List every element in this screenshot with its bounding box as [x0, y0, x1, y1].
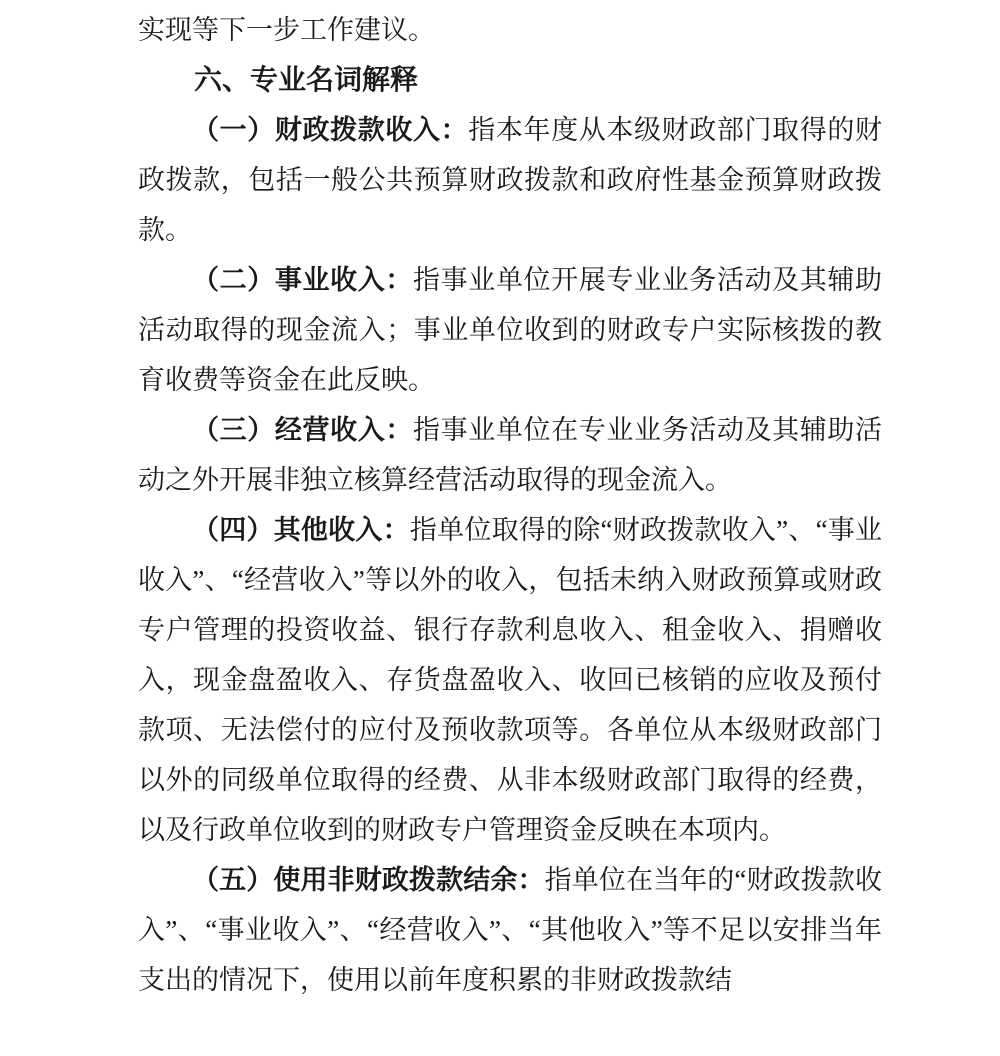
- definition-paragraph-non-fiscal-balance: （五）使用非财政拨款结余：指单位在当年的“财政拨款收入”、“事业收入”、“经营收…: [138, 855, 882, 1005]
- term-label: （一）财政拨款收入：: [192, 115, 468, 145]
- document-page: 实现等下一步工作建议。 六、专业名词解释 （一）财政拨款收入：指本年度从本级财政…: [0, 0, 1000, 1056]
- term-label: （二）事业收入：: [192, 265, 413, 295]
- term-label: （五）使用非财政拨款结余：: [192, 865, 545, 895]
- term-label: （四）其他收入：: [192, 515, 410, 545]
- section-heading: 六、专业名词解释: [138, 55, 882, 105]
- document-content: 实现等下一步工作建议。 六、专业名词解释 （一）财政拨款收入：指本年度从本级财政…: [0, 0, 1000, 1005]
- definition-paragraph-operating-income: （二）事业收入：指事业单位开展专业业务活动及其辅助活动取得的现金流入；事业单位收…: [138, 255, 882, 405]
- definition-paragraph-other-income: （四）其他收入：指单位取得的除“财政拨款收入”、“事业收入”、“经营收入”等以外…: [138, 505, 882, 855]
- paragraph-continuation: 实现等下一步工作建议。: [138, 5, 882, 55]
- term-label: （三）经营收入：: [192, 415, 413, 445]
- definition-paragraph-fiscal-appropriation-income: （一）财政拨款收入：指本年度从本级财政部门取得的财政拨款，包括一般公共预算财政拨…: [138, 105, 882, 255]
- definition-paragraph-business-income: （三）经营收入：指事业单位在专业业务活动及其辅助活动之外开展非独立核算经营活动取…: [138, 405, 882, 505]
- term-definition: 指单位取得的除“财政拨款收入”、“事业收入”、“经营收入”等以外的收入，包括未纳…: [138, 515, 882, 845]
